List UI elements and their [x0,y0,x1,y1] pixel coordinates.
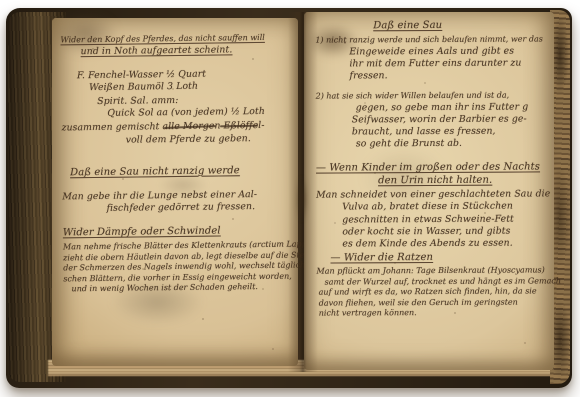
handwriting-line: oder kocht sie in Wasser, und gibts [342,225,548,237]
handwriting-line: Weißen Baumöl 3 Loth [89,80,291,94]
photo-background: Wider den Kopf des Pferdes, das nicht sa… [0,0,580,397]
handwriting-line: 1) nicht ranzig werde und sich belaufen … [315,34,547,45]
handwriting-line: voll dem Pferde zu geben. [126,132,292,145]
handwriting-line: und in wenig Wochen ist der Schaden gehe… [71,282,293,294]
handwriting-line: Wider Dämpfe oder Schwindel [63,225,293,240]
handwriting-line: Eingeweide eines Aals und gibt es [349,45,547,57]
handwriting-line: Daß eine Sau [373,19,547,32]
handwriting-line: es dem Kinde des Abends zu essen. [342,237,548,249]
left-page-handwriting: Wider den Kopf des Pferdes, das nicht sa… [60,33,293,295]
handwriting-line: ihr mit dem Futter eins darunter zu [349,57,547,69]
right-page-handwriting: Daß eine Sau1) nicht ranzig werde und si… [315,19,549,318]
handwriting-line: nicht vertragen können. [319,308,549,319]
handwriting-line: samt der Wurzel auf, trocknet es und hän… [325,276,549,287]
handwriting-line: fischfeder gedörret zu fressen. [106,200,292,213]
handwriting-line: Man schneidet von einer geschlachteten S… [316,189,548,201]
handwriting-line: Vulva ab, bratet diese in Stückchen [342,201,548,213]
right-page: Daß eine Sau1) nicht ranzig werde und si… [304,12,554,370]
handwriting-line: — Wider die Ratzen [330,251,548,264]
handwriting-line: geschnitten in etwas Schweine-Fett [342,213,548,225]
ink-blot [294,168,310,230]
handwriting-line: 2) hat sie sich wider Willen belaufen un… [316,90,548,101]
handwriting-line: fressen. [349,69,547,81]
handwriting-line: Man pflückt am Johann: Tage Bilsenkraut … [317,265,549,276]
handwriting-line: den Urin nicht halten. [378,175,548,188]
handwriting-line: davon fliehen, weil sie den Geruch im ge… [319,297,549,308]
handwriting-line: auf und wirft es da, wo Ratzen sich find… [319,287,549,298]
paper-speckles [52,18,54,20]
handwriting-line: braucht, und lasse es fressen, [352,125,548,137]
handwriting-line: Daß eine Sau nicht ranzig werde [70,164,292,179]
handwriting-line: so geht die Brunst ab. [356,138,548,150]
handwriting-line: — Wenn Kinder im großen oder des Nachts [316,162,548,175]
open-book: Wider den Kopf des Pferdes, das nicht sa… [6,8,572,388]
handwriting-line: gegen, so gebe man ihr ins Futter g [356,101,548,113]
handwriting-line: Seifwasser, worin der Barbier es ge- [352,113,548,125]
left-page: Wider den Kopf des Pferdes, das nicht sa… [52,18,298,366]
handwriting-line: Quick Sol aa (von jedem) ½ Loth [107,106,291,119]
handwriting-line: und in Noth aufgeartet scheint. [81,43,291,57]
